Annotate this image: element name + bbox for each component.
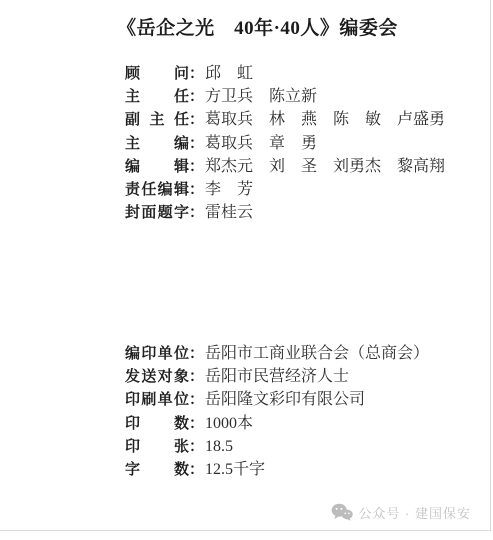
watermark: 公众号 · 建国保安: [331, 502, 471, 522]
label-colon: ：: [189, 62, 204, 85]
label-colon: ：: [189, 201, 204, 224]
row-label: 副主任: [125, 108, 189, 131]
row-value: 岳阳市民营经济人士: [205, 368, 349, 385]
row-value: 岳阳市工商业联合会（总商会）: [205, 345, 429, 362]
row-value: 18.5: [205, 438, 233, 455]
row-label: 字数: [125, 458, 189, 481]
row-label: 编印单位: [125, 342, 189, 365]
row-label: 印刷单位: [125, 388, 189, 411]
printing-row-word-count: 字数：12.5千字: [125, 458, 429, 481]
book-colophon-page: 《岳企之光 40年·40人》编委会 顾问：邱 虹 主任：方卫兵 陈立新 副主任：…: [0, 0, 493, 540]
row-value: 葛取兵 章 勇: [205, 135, 317, 152]
label-colon: ：: [189, 178, 204, 201]
label-colon: ：: [189, 365, 204, 388]
printing-row-sheets: 印张：18.5: [125, 435, 429, 458]
printing-info-list: 编印单位：岳阳市工商业联合会（总商会） 发送对象：岳阳市民营经济人士 印刷单位：…: [125, 342, 429, 481]
committee-row-chief-editor: 主编：葛取兵 章 勇: [125, 132, 445, 155]
row-value: 12.5千字: [205, 461, 265, 478]
row-value: 郑杰元 刘 圣 刘勇杰 黎高翔: [205, 158, 445, 175]
page-edge-bottom: [0, 530, 491, 531]
label-colon: ：: [189, 342, 204, 365]
committee-row-director: 主任：方卫兵 陈立新: [125, 85, 445, 108]
row-label: 封面题字: [125, 201, 189, 224]
committee-row-editors: 编辑：郑杰元 刘 圣 刘勇杰 黎高翔: [125, 155, 445, 178]
committee-row-cover-calligraphy: 封面题字：雷桂云: [125, 201, 445, 224]
row-label: 责任编辑: [125, 178, 189, 201]
printing-row-publisher: 编印单位：岳阳市工商业联合会（总商会）: [125, 342, 429, 365]
row-label: 主任: [125, 85, 189, 108]
row-label: 主编: [125, 132, 189, 155]
page-edge-right: [490, 0, 491, 531]
label-colon: ：: [189, 412, 204, 435]
row-value: 岳阳隆文彩印有限公司: [205, 391, 365, 408]
row-value: 葛取兵 林 燕 陈 敏 卢盛勇: [205, 111, 445, 128]
label-colon: ：: [189, 155, 204, 178]
row-label: 顾问: [125, 62, 189, 85]
wechat-bubbles-icon: [331, 503, 353, 521]
label-colon: ：: [189, 388, 204, 411]
row-label: 印张: [125, 435, 189, 458]
row-value: 邱 虹: [205, 65, 253, 82]
row-label: 印数: [125, 412, 189, 435]
row-value: 方卫兵 陈立新: [205, 88, 317, 105]
row-label: 发送对象: [125, 365, 189, 388]
row-label: 编辑: [125, 155, 189, 178]
printing-row-printer: 印刷单位：岳阳隆文彩印有限公司: [125, 388, 429, 411]
label-colon: ：: [189, 85, 204, 108]
committee-row-advisor: 顾问：邱 虹: [125, 62, 445, 85]
row-value: 李 芳: [205, 181, 253, 198]
committee-row-responsible-editor: 责任编辑：李 芳: [125, 178, 445, 201]
watermark-text: 公众号 · 建国保安: [358, 503, 471, 522]
label-colon: ：: [189, 132, 204, 155]
printing-row-copies: 印数：1000本: [125, 412, 429, 435]
committee-list: 顾问：邱 虹 主任：方卫兵 陈立新 副主任：葛取兵 林 燕 陈 敏 卢盛勇 主编…: [125, 62, 445, 224]
committee-row-deputy-director: 副主任：葛取兵 林 燕 陈 敏 卢盛勇: [125, 108, 445, 131]
page-title: 《岳企之光 40年·40人》编委会: [0, 13, 493, 40]
label-colon: ：: [189, 435, 204, 458]
label-colon: ：: [189, 458, 204, 481]
printing-row-audience: 发送对象：岳阳市民营经济人士: [125, 365, 429, 388]
label-colon: ：: [189, 108, 204, 131]
row-value: 雷桂云: [205, 204, 253, 221]
row-value: 1000本: [205, 415, 253, 432]
